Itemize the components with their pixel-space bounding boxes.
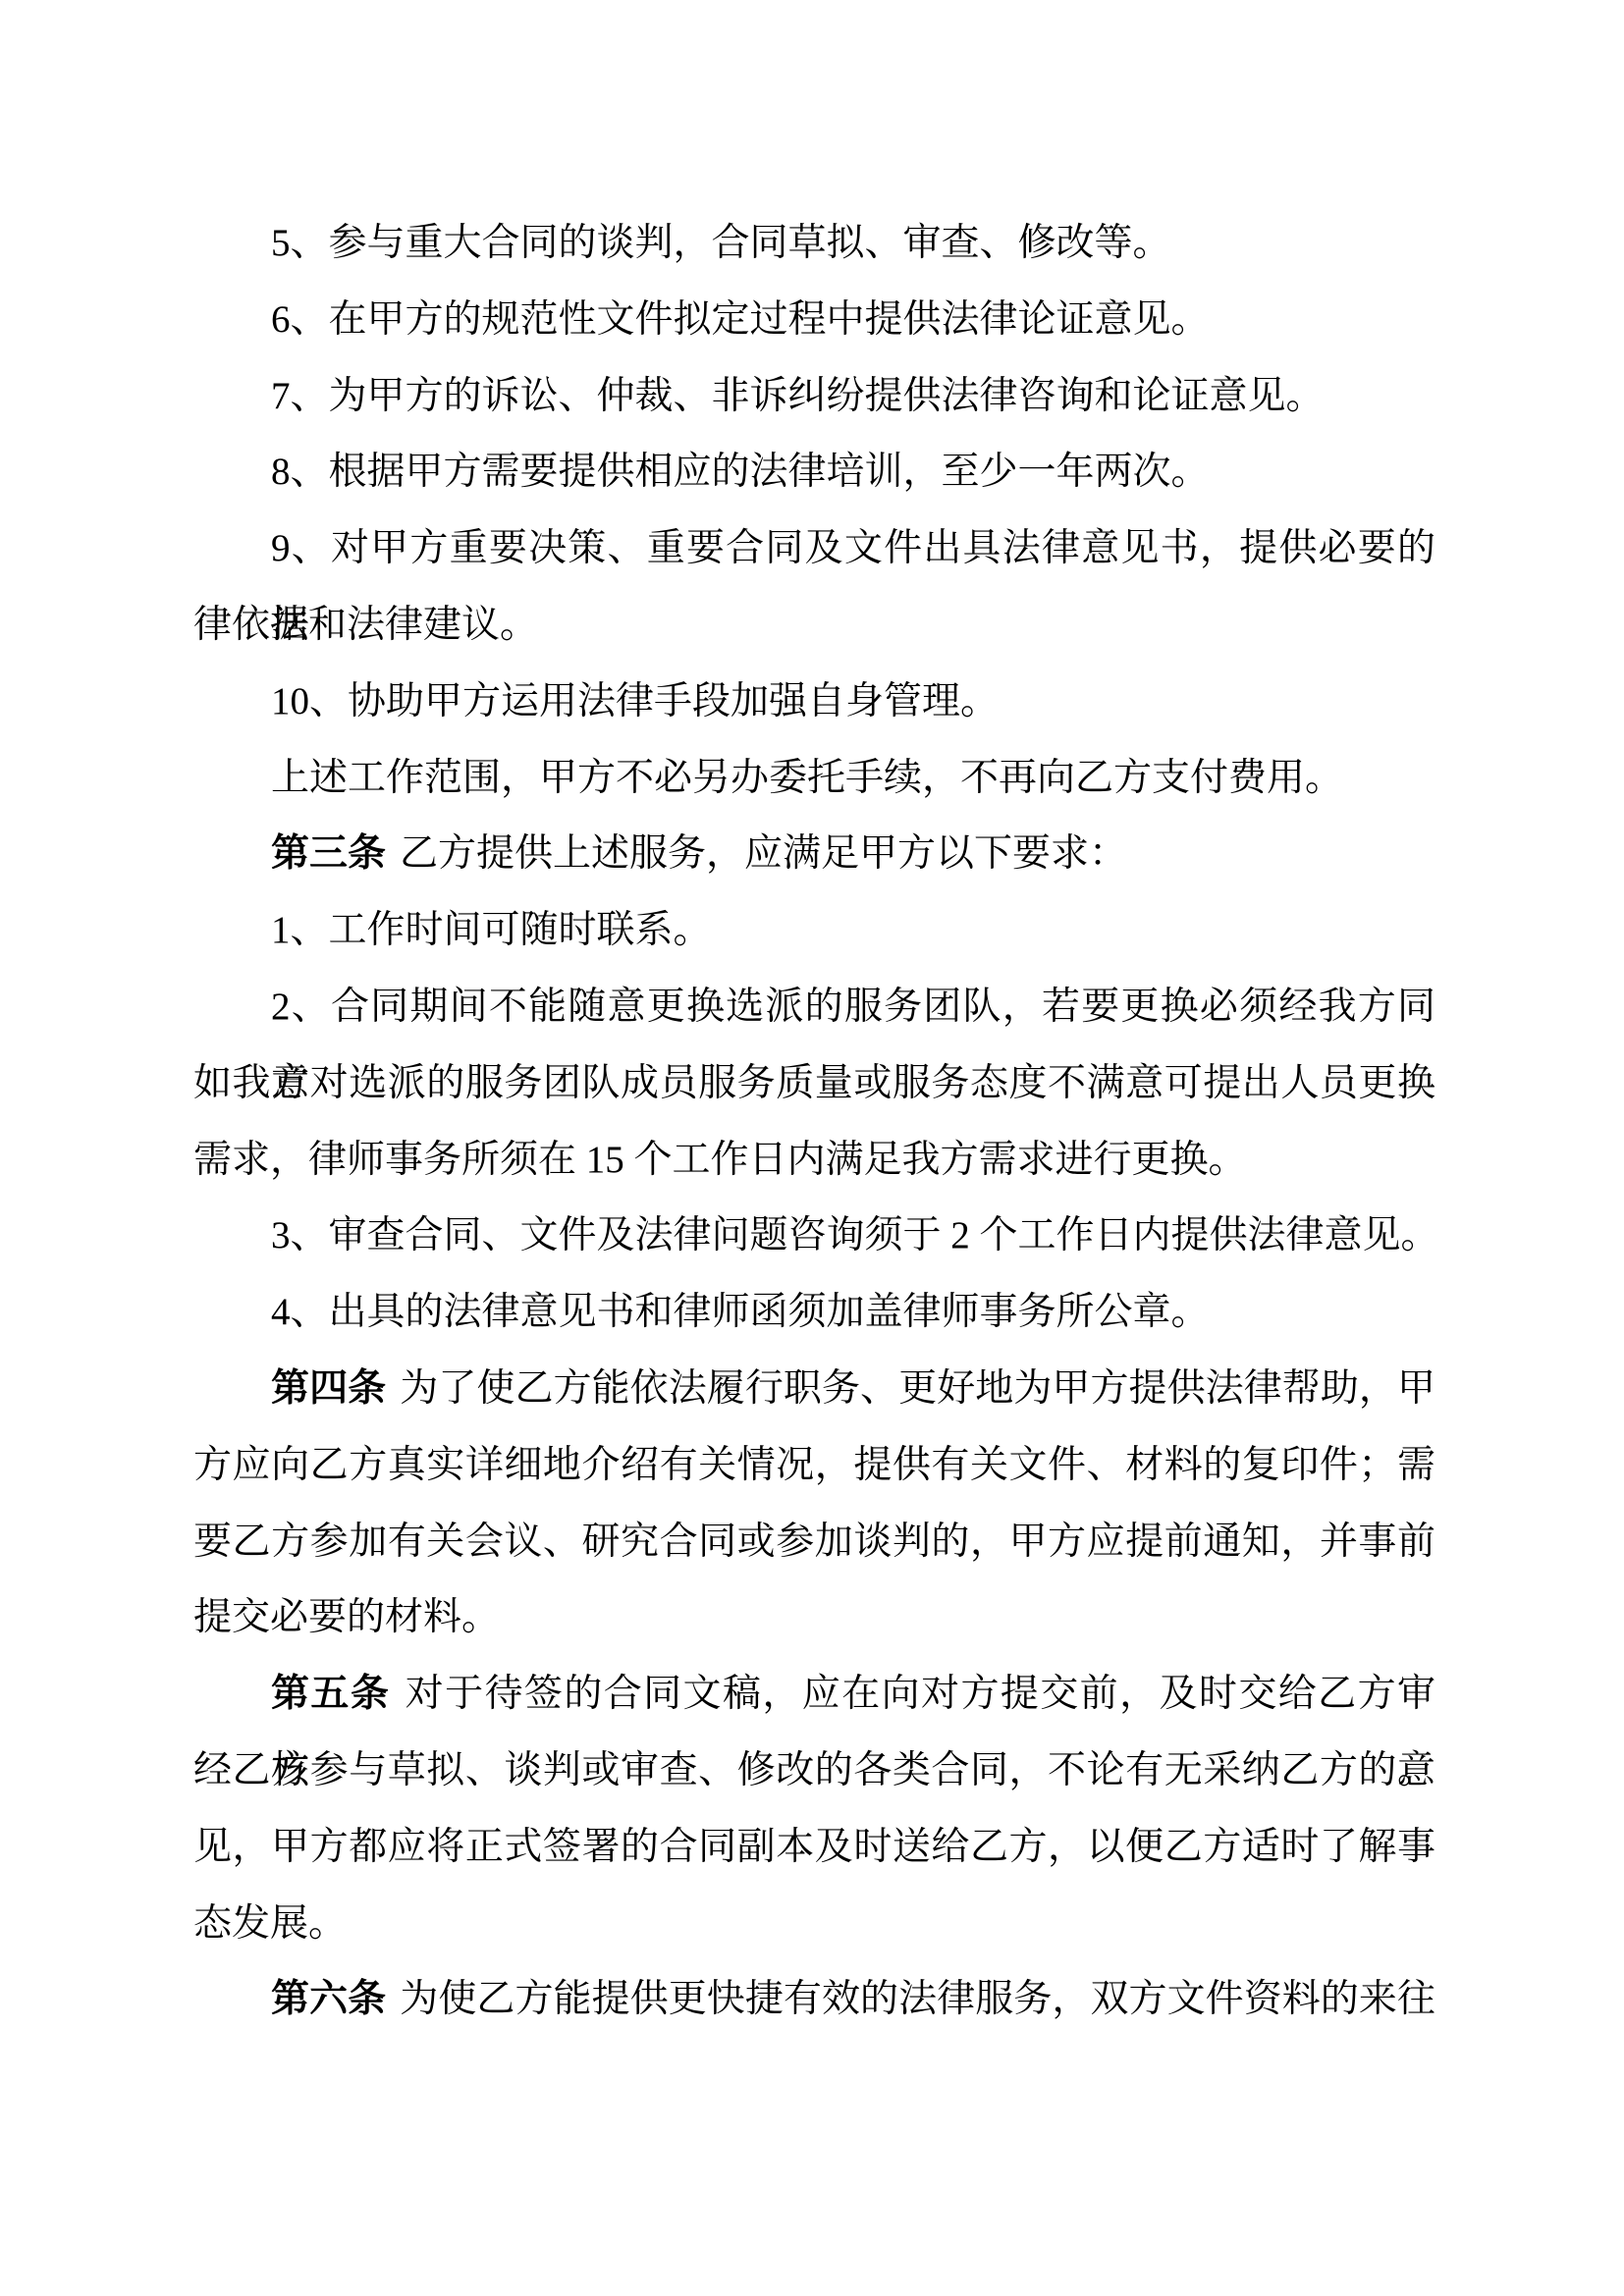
clause-item-5: 5、参与重大合同的谈判，合同草拟、审查、修改等。 (193, 205, 1435, 282)
requirement-2: 2、合同期间不能随意更换选派的服务团队，若要更换必须经我方同意 (193, 969, 1435, 1045)
clause-item-6: 6、在甲方的规范性文件拟定过程中提供法律论证意见。 (193, 282, 1435, 358)
clause-item-8: 8、根据甲方需要提供相应的法律培训，至少一年两次。 (193, 434, 1435, 510)
document-page: 5、参与重大合同的谈判，合同草拟、审查、修改等。 6、在甲方的规范性文件拟定过程… (0, 0, 1624, 2296)
article-5: 第五条对于待签的合同文稿，应在向对方提交前，及时交给乙方审核。 (193, 1656, 1435, 1733)
article-3-heading: 第三条 (271, 832, 386, 875)
article-6-heading: 第六条 (271, 1978, 386, 2020)
article-4-text: 为了使乙方能依法履行职务、更好地为甲方提供法律帮助，甲 (400, 1367, 1435, 1410)
clause-item-7: 7、为甲方的诉讼、仲裁、非诉纠纷提供法律咨询和论证意见。 (193, 358, 1435, 435)
article-6-text: 为使乙方能提供更快捷有效的法律服务，双方文件资料的来往 (400, 1978, 1435, 2020)
requirement-1: 1、工作时间可随时联系。 (193, 892, 1435, 969)
scope-note: 上述工作范围，甲方不必另办委托手续，不再向乙方支付费用。 (193, 740, 1435, 817)
clause-item-10: 10、协助甲方运用法律手段加强自身管理。 (193, 664, 1435, 740)
requirement-3: 3、审查合同、文件及法律问题咨询须于 2 个工作日内提供法律意见。 (193, 1198, 1435, 1274)
contract-body: 5、参与重大合同的谈判，合同草拟、审查、修改等。 6、在甲方的规范性文件拟定过程… (193, 205, 1435, 2038)
article-5-continued-3: 态发展。 (193, 1886, 1435, 1962)
article-4-heading: 第四条 (271, 1367, 386, 1410)
article-3: 第三条乙方提供上述服务，应满足甲方以下要求： (193, 816, 1435, 892)
article-5-continued-2: 见，甲方都应将正式签署的合同副本及时送给乙方，以便乙方适时了解事 (193, 1809, 1435, 1886)
clause-item-9: 9、对甲方重要决策、重要合同及文件出具法律意见书，提供必要的法 (193, 510, 1435, 587)
article-4-continued-3: 提交必要的材料。 (193, 1579, 1435, 1656)
article-4-continued-2: 要乙方参加有关会议、研究合同或参加谈判的，甲方应提前通知，并事前 (193, 1504, 1435, 1580)
article-5-continued: 经乙方参与草拟、谈判或审查、修改的各类合同，不论有无采纳乙方的意 (193, 1733, 1435, 1809)
requirement-2-continued: 如我方对选派的服务团队成员服务质量或服务态度不满意可提出人员更换 (193, 1045, 1435, 1122)
article-6: 第六条为使乙方能提供更快捷有效的法律服务，双方文件资料的来往 (193, 1961, 1435, 2038)
requirement-4: 4、出具的法律意见书和律师函须加盖律师事务所公章。 (193, 1274, 1435, 1351)
article-3-text: 乙方提供上述服务，应满足甲方以下要求： (400, 832, 1127, 875)
clause-item-9-continued: 律依据和法律建议。 (193, 587, 1435, 664)
article-4-continued: 方应向乙方真实详细地介绍有关情况，提供有关文件、材料的复印件；需 (193, 1427, 1435, 1504)
requirement-2-continued-2: 需求，律师事务所须在 15 个工作日内满足我方需求进行更换。 (193, 1122, 1435, 1199)
article-4: 第四条为了使乙方能依法履行职务、更好地为甲方提供法律帮助，甲 (193, 1351, 1435, 1427)
article-5-heading: 第五条 (271, 1673, 390, 1715)
